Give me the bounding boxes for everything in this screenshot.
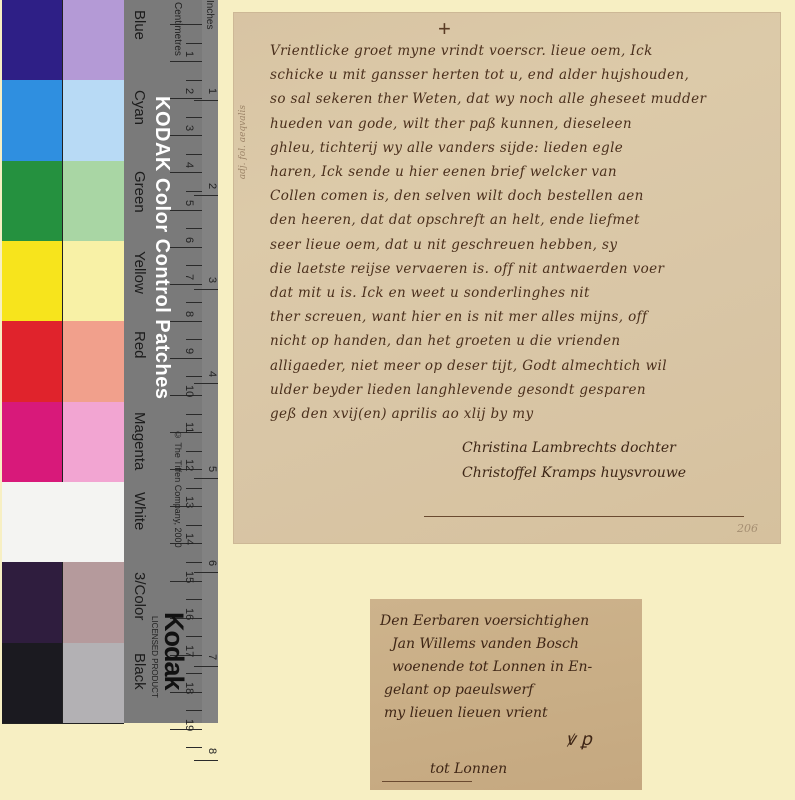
margin-note: adj. fol. aeqvalis: [238, 105, 248, 179]
chart-title: KODAK Color Control Patches: [150, 96, 173, 400]
inch-tick: [194, 289, 218, 290]
cm-tick-label: 11: [183, 422, 195, 433]
patch-blue-light: [63, 0, 124, 80]
ruler-tick: [186, 154, 202, 155]
ruler-tick: [186, 710, 202, 711]
cm-tick-label: 3: [183, 125, 195, 131]
ruler-tick: [186, 191, 202, 192]
ruler-tick: [186, 414, 202, 415]
ruler-tick: [186, 228, 202, 229]
patch-row-red: [2, 321, 124, 402]
address-text-line: woenende tot Lonnen in En-: [392, 659, 592, 675]
patch-row-yellow: [2, 241, 124, 322]
inch-tick: [194, 760, 218, 761]
address-footer: tot Lonnen: [430, 761, 507, 777]
letter-text-line: ghleu, tichterij wy alle vanders sijde: …: [270, 140, 623, 156]
signature-flourish: [424, 516, 744, 517]
kodak-color-control-chart: KODAK Color Control Patches © The Tiffen…: [0, 0, 218, 723]
footer-flourish: [382, 781, 472, 782]
address-slip: Den Eerbaren voersichtighenJan Willems v…: [370, 599, 642, 790]
signature-line-2: Christoffel Kramps huysvrouwe: [462, 465, 686, 481]
color-label-cyan: Cyan: [131, 90, 148, 125]
patch-row-green: [2, 161, 124, 242]
inch-tick: [194, 666, 218, 667]
address-text-line: Den Eerbaren voersichtighen: [380, 613, 589, 629]
letter-text-line: schicke u mit gansser herten tot u, end …: [270, 67, 689, 83]
cm-tick-label: 6: [183, 237, 195, 243]
inch-tick-label: 6: [206, 560, 218, 566]
folio-number: 206: [737, 522, 758, 535]
ruler-tick: [186, 488, 202, 489]
ruler-tick: [170, 172, 202, 173]
patch-row-white: [2, 482, 124, 563]
cm-tick-label: 7: [183, 274, 195, 280]
color-label-red: Red: [131, 331, 148, 359]
ruler-tick: [186, 339, 202, 340]
ruler-tick: [170, 98, 202, 99]
letter-text-line: Vrientlicke groet myne vrindt voerscr. l…: [270, 43, 653, 59]
inches-label: Inches: [204, 0, 215, 29]
cross-mark-icon: +: [438, 16, 451, 42]
ruler-tick: [170, 210, 202, 211]
inch-tick-label: 5: [206, 466, 218, 472]
cm-tick-label: 17: [183, 645, 195, 657]
ruler-tick: [186, 599, 202, 600]
patch-row-cyan: [2, 80, 124, 161]
inch-tick-label: 7: [206, 654, 218, 660]
inch-tick: [194, 572, 218, 573]
ruler-tick: [186, 265, 202, 266]
ruler-tick: [186, 117, 202, 118]
letter-text-line: alligaeder, niet meer op deser tijt, God…: [270, 358, 667, 374]
inch-tick-label: 3: [206, 277, 218, 283]
patch-3color-light: [63, 562, 124, 642]
cm-tick-label: 14: [183, 533, 195, 545]
merchant-mark: ꝟ ꝑ: [566, 727, 592, 751]
inch-tick-label: 8: [206, 748, 218, 754]
ruler-tick: [170, 61, 202, 62]
ruler-tick: [170, 284, 202, 285]
color-label-white: White: [131, 492, 148, 530]
ruler-tick: [186, 80, 202, 81]
cm-tick-label: 12: [183, 459, 195, 471]
centimetres-label: Centimetres: [172, 2, 183, 56]
color-label-magenta: Magenta: [131, 412, 148, 470]
cm-tick-label: 10: [183, 385, 195, 397]
letter-text-line: seer lieue oem, dat u nit geschreuen heb…: [270, 237, 617, 253]
letter-text-line: ulder beyder lieden langhlevende gesondt…: [270, 382, 646, 398]
letter-text-line: Collen comen is, den selven wilt doch be…: [270, 188, 644, 204]
patch-black-light: [63, 643, 124, 723]
ruler-tick: [170, 358, 202, 359]
letter-text-line: hueden van gode, wilt ther paß kunnen, d…: [270, 116, 632, 132]
address-text-line: my lieuen lieuen vrient: [384, 705, 548, 721]
patch-black-dark: [2, 643, 63, 723]
inch-tick-label: 1: [206, 88, 218, 94]
color-label-black: Black: [131, 653, 148, 690]
cm-tick-label: 5: [183, 200, 195, 206]
signature-line-1: Christina Lambrechts dochter: [462, 440, 676, 456]
ruler-tick: [186, 302, 202, 303]
patch-row-black: [2, 643, 124, 724]
color-label-3color: 3/Color: [131, 572, 148, 620]
ruler-tick: [186, 451, 202, 452]
chart-copyright: © The Tiffen Company, 2000: [173, 430, 183, 548]
patch-green-dark: [2, 161, 63, 241]
patch-blue-dark: [2, 0, 63, 80]
cm-tick-label: 16: [183, 608, 195, 620]
licensed-product-label: LICENSED PRODUCT: [150, 616, 159, 698]
cm-tick-label: 15: [183, 571, 195, 583]
inch-tick-label: 4: [206, 371, 218, 377]
color-label-green: Green: [131, 171, 148, 213]
inch-tick: [194, 100, 218, 101]
cm-tick-label: 18: [183, 682, 195, 694]
letter-text-line: dat mit u is. Ick en weet u sonderlinghe…: [270, 285, 590, 301]
letter-text-line: die laetste reijse vervaeren is. off nit…: [270, 261, 664, 277]
patch-row-magenta: [2, 402, 124, 483]
patch-magenta-dark: [2, 402, 63, 482]
ruler-tick: [186, 525, 202, 526]
inch-tick: [194, 195, 218, 196]
color-label-blue: Blue: [131, 10, 148, 40]
patch-3color-dark: [2, 562, 63, 642]
patch-cyan-light: [63, 80, 124, 160]
cm-tick-label: 13: [183, 496, 195, 508]
ruler-tick: [186, 562, 202, 563]
cm-tick-label: 2: [183, 88, 195, 94]
patch-row-3color: [2, 562, 124, 643]
patch-red-dark: [2, 321, 63, 401]
address-text-line: gelant op paeulswerf: [384, 682, 533, 698]
patch-yellow-light: [63, 241, 124, 321]
cm-tick-label: 4: [183, 162, 195, 168]
patch-white: [2, 482, 124, 562]
inch-scale: [202, 0, 218, 723]
letter-text-line: ther screuen, want hier en is nit mer al…: [270, 309, 647, 325]
patch-magenta-light: [63, 402, 124, 482]
inch-tick-label: 2: [206, 183, 218, 189]
ruler-tick: [170, 321, 202, 322]
manuscript-letter: + adj. fol. aeqvalis Vrientlicke groet m…: [234, 13, 780, 543]
color-patches: [2, 0, 124, 723]
patch-yellow-dark: [2, 241, 63, 321]
cm-tick-label: 8: [183, 311, 195, 317]
inch-tick: [194, 383, 218, 384]
letter-text-line: so sal sekeren ther Weten, dat wy noch a…: [270, 91, 706, 107]
ruler-tick: [170, 247, 202, 248]
ruler-tick: [186, 747, 202, 748]
address-text-line: Jan Willems vanden Bosch: [392, 636, 579, 652]
letter-text-line: haren, Ick sende u hier eenen brief welc…: [270, 164, 617, 180]
cm-tick-label: 9: [183, 348, 195, 354]
patch-cyan-dark: [2, 80, 63, 160]
cm-tick-label: 1: [183, 51, 195, 57]
letter-text-line: den heeren, dat dat opschreft an helt, e…: [270, 212, 640, 228]
patch-row-blue: [2, 0, 124, 81]
ruler-tick: [170, 135, 202, 136]
letter-text-line: nicht op handen, dan het groeten u die v…: [270, 333, 621, 349]
ruler-tick: [186, 376, 202, 377]
color-label-yellow: Yellow: [131, 251, 148, 294]
inch-tick: [194, 478, 218, 479]
ruler-tick: [186, 43, 202, 44]
letter-text-line: geß den xvij(en) aprilis ao xlij by my: [270, 406, 534, 422]
cm-tick-label: 19: [183, 719, 195, 731]
patch-red-light: [63, 321, 124, 401]
patch-green-light: [63, 161, 124, 241]
